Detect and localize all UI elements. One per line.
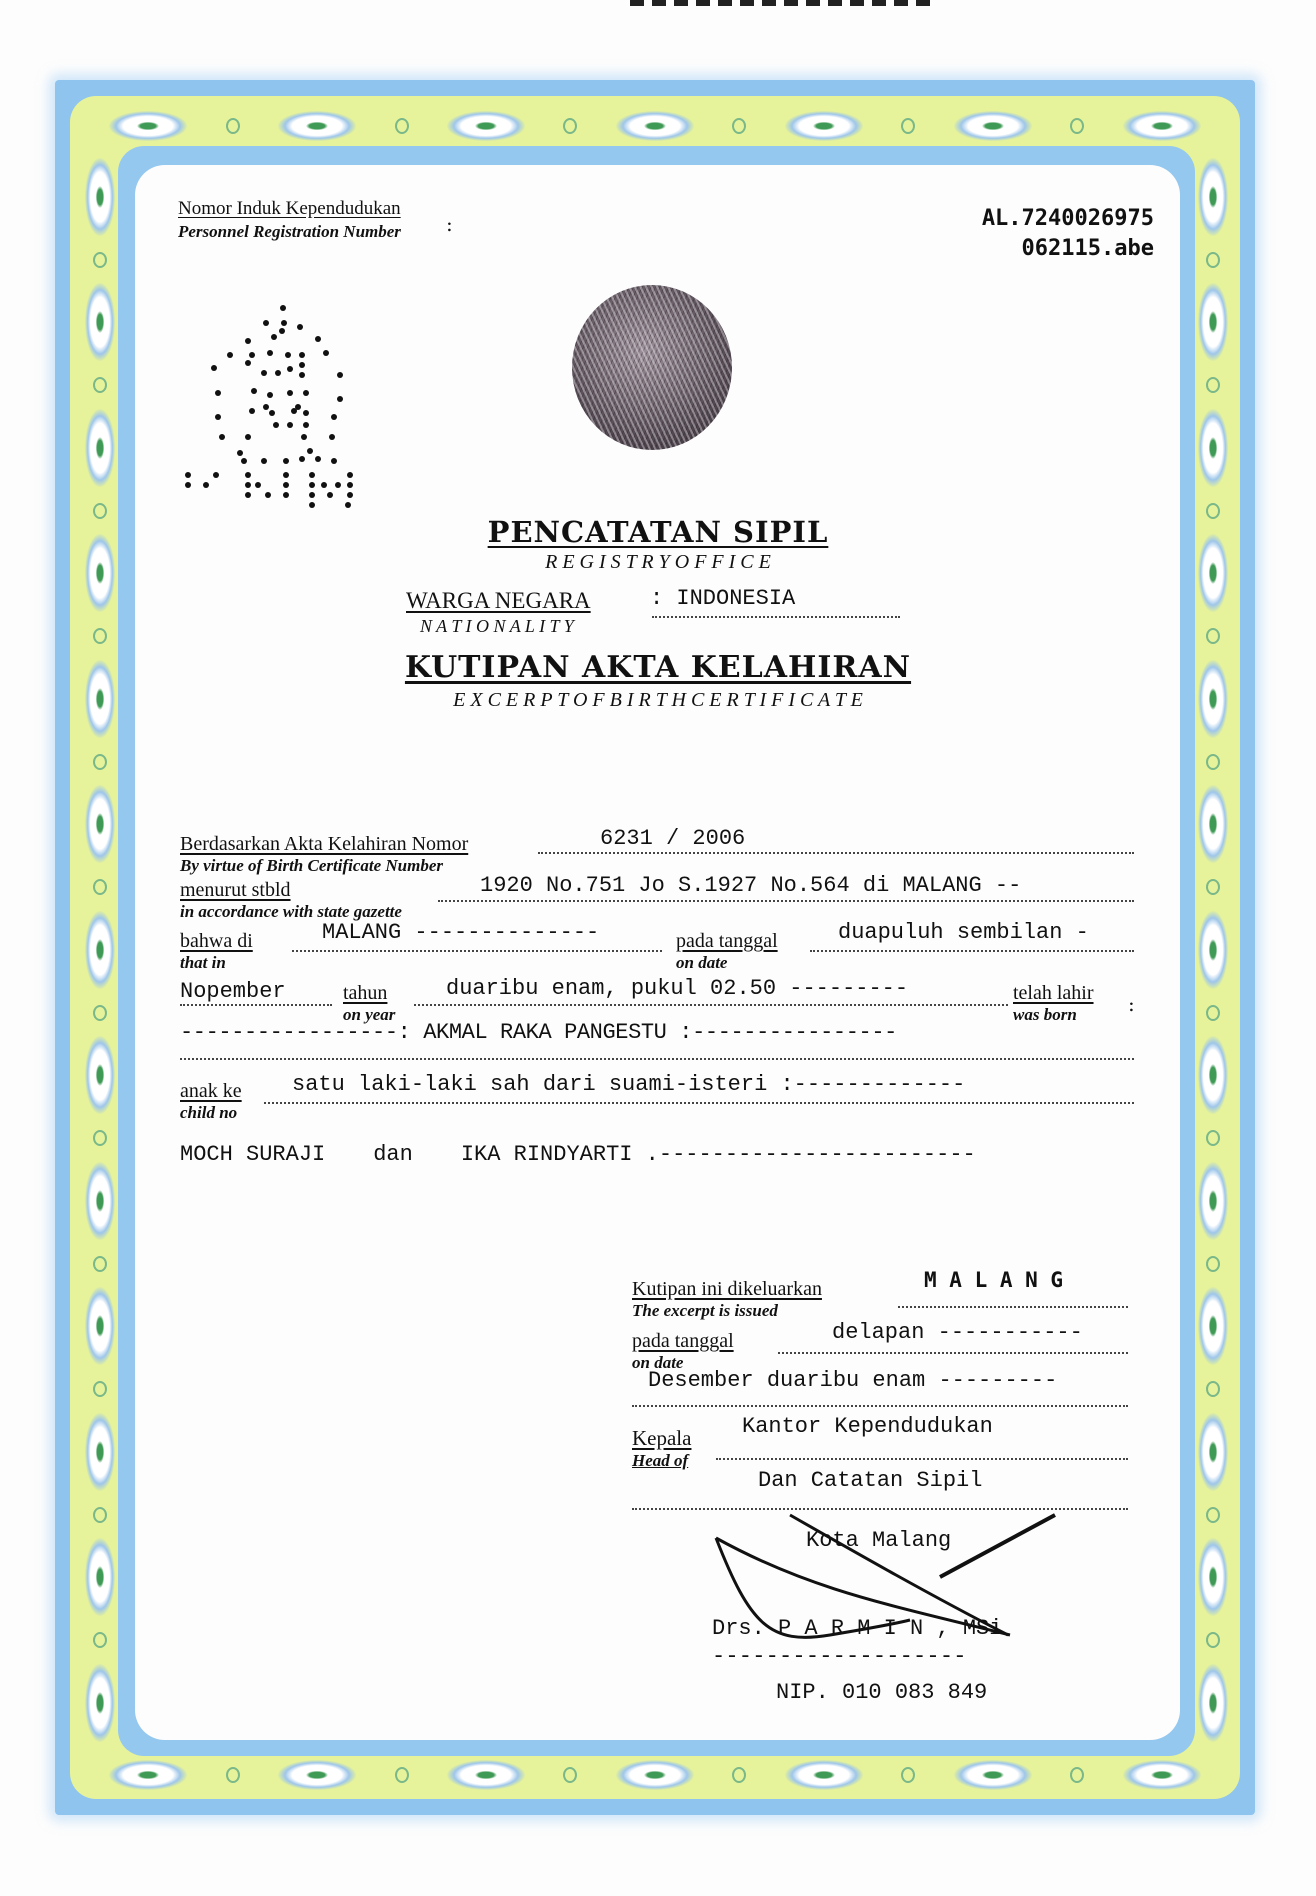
birth-date-label: pada tanggal	[676, 930, 778, 953]
head-label-block: Kepala Head of	[632, 1426, 691, 1471]
title-block: PENCATATAN SIPIL R E G I S T R Y O F F I…	[0, 515, 1316, 574]
official-seal	[572, 285, 732, 450]
father-name: MOCH SURAJI	[180, 1142, 325, 1167]
document-title-en: E X C E R P T O F B I R T H C E R T I F …	[0, 689, 1316, 712]
born-label-en: was born	[1013, 1005, 1094, 1025]
nationality-value: : INDONESIA	[650, 586, 795, 611]
birth-month-value: Nopember	[180, 979, 286, 1004]
year-label-block: tahun on year	[343, 982, 395, 1025]
scan-artifact-dashes	[630, 0, 930, 6]
registration-number: AL.7240026975 062115.abe	[982, 204, 1154, 264]
office-title-en: R E G I S T R Y O F F I C E	[0, 551, 1316, 574]
registration-number-line2: 062115.abe	[982, 234, 1154, 264]
issue-date-label: pada tanggal	[632, 1330, 734, 1353]
issue-date-value-line1: delapan -----------	[832, 1320, 1083, 1345]
birth-year-value: duaribu enam, pukul 02.50 ---------	[446, 976, 908, 1001]
stbld-label-block: menurut stbld in accordance with state g…	[180, 879, 402, 922]
nationality-label-en: N A T I O N A L I T Y	[420, 616, 591, 637]
child-no-value: satu laki-laki sah dari suami-isteri :--…	[292, 1072, 965, 1097]
border-ornaments-top	[90, 106, 1220, 146]
nik-label-en: Personnel Registration Number	[178, 222, 401, 242]
place-label-en: that in	[180, 953, 253, 973]
mother-name: IKA RINDYARTI .------------------------	[461, 1142, 976, 1167]
nationality-label-block: WARGA NEGARA N A T I O N A L I T Y	[406, 588, 591, 637]
document-title: KUTIPAN AKTA KELAHIRAN	[405, 650, 911, 685]
garuda-emblem-perforation	[175, 300, 390, 525]
parents-line: MOCH SURAJI dan IKA RINDYARTI .---------…	[180, 1142, 976, 1167]
issue-date-value-line2: Desember duaribu enam ---------	[648, 1368, 1057, 1393]
cert-number-label-block: Berdasarkan Akta Kelahiran Nomor By virt…	[180, 833, 468, 876]
child-name-line: -----------------: AKMAL RAKA PANGESTU :…	[180, 1020, 897, 1045]
cert-number-label-en: By virtue of Birth Certificate Number	[180, 856, 468, 876]
cert-number-value: 6231 / 2006	[600, 826, 745, 851]
head-label: Kepala	[632, 1426, 691, 1451]
issued-label-en: The excerpt is issued	[632, 1301, 822, 1321]
stbld-label-en: in accordance with state gazette	[180, 902, 402, 922]
office-line1: Kantor Kependudukan	[742, 1414, 993, 1439]
born-label-block: telah lahir was born	[1013, 982, 1094, 1025]
registration-number-line1: AL.7240026975	[982, 204, 1154, 234]
nik-label: Nomor Induk Kependudukan	[178, 198, 401, 220]
stbld-label: menurut stbld	[180, 879, 402, 902]
issue-date-label-block: pada tanggal on date	[632, 1330, 734, 1373]
border-ornaments-bottom	[90, 1755, 1220, 1795]
document-title-block: KUTIPAN AKTA KELAHIRAN E X C E R P T O F…	[0, 650, 1316, 712]
stbld-value: 1920 No.751 Jo S.1927 No.564 di MALANG -…	[480, 873, 1021, 898]
issued-label-block: Kutipan ini dikeluarkan The excerpt is i…	[632, 1278, 822, 1321]
nationality-label: WARGA NEGARA	[406, 588, 591, 614]
office-title: PENCATATAN SIPIL	[488, 515, 829, 549]
birth-date-label-en: on date	[676, 953, 778, 973]
nik-colon: :	[446, 212, 453, 236]
place-label-block: bahwa di that in	[180, 930, 253, 973]
child-no-label: anak ke	[180, 1080, 242, 1103]
cert-number-label: Berdasarkan Akta Kelahiran Nomor	[180, 833, 468, 856]
born-label: telah lahir	[1013, 982, 1094, 1005]
place-label: bahwa di	[180, 930, 253, 953]
office-line2: Dan Catatan Sipil	[758, 1468, 982, 1493]
born-colon: :	[1128, 992, 1135, 1016]
birth-date-value: duapuluh sembilan -	[838, 920, 1089, 945]
border-ornaments-right	[1193, 150, 1233, 1750]
head-label-en: Head of	[632, 1451, 691, 1471]
issued-label: Kutipan ini dikeluarkan	[632, 1278, 822, 1301]
issued-place: M A L A N G	[924, 1268, 1063, 1292]
signature	[690, 1505, 1070, 1685]
birth-date-label-block: pada tanggal on date	[676, 930, 778, 973]
child-no-label-en: child no	[180, 1103, 242, 1123]
parents-and: dan	[373, 1142, 413, 1167]
child-no-label-block: anak ke child no	[180, 1080, 242, 1123]
place-value: MALANG --------------	[322, 920, 599, 945]
year-label: tahun	[343, 982, 395, 1005]
nik-label-block: Nomor Induk Kependudukan Personnel Regis…	[178, 198, 401, 242]
border-ornaments-left	[80, 150, 120, 1750]
